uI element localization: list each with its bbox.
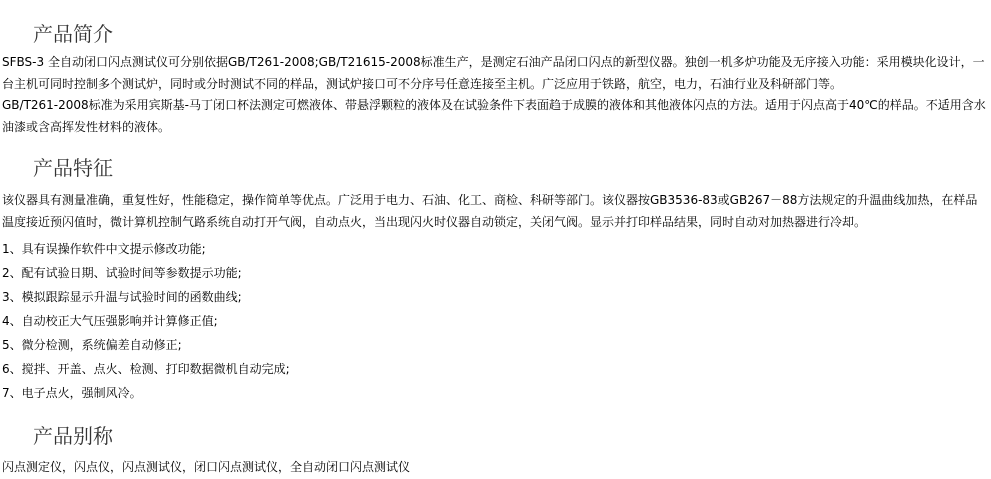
section-title-aliases: 产品别称 (33, 424, 113, 448)
feature-item-2: 2、配有试验日期、试验时间等参数提示功能; (2, 265, 242, 281)
aliases-paragraph: 闪点测定仪，闪点仪，闪点测试仪，闭口闪点测试仪，全自动闭口闪点测试仪 (2, 457, 988, 479)
feature-item-3: 3、模拟跟踪显示升温与试验时间的函数曲线; (2, 289, 242, 305)
features-paragraph: 该仪器具有测量准确，重复性好，性能稳定，操作简单等优点。广泛用于电力、石油、化工… (2, 190, 988, 233)
feature-item-4: 4、自动校正大气压强影响并计算修正值; (2, 313, 218, 329)
section-title-features: 产品特征 (33, 156, 113, 180)
feature-item-1: 1、具有误操作软件中文提示修改功能; (2, 241, 206, 257)
intro-paragraph-2: GB/T261-2008标准为采用宾斯基-马丁闭口杯法测定可燃液体、带悬浮颗粒的… (2, 95, 988, 138)
feature-item-6: 6、搅拌、开盖、点火、检测、打印数据微机自动完成; (2, 361, 290, 377)
intro-paragraph-1: SFBS-3 全自动闭口闪点测试仪可分别依据GB/T261-2008;GB/T2… (2, 52, 988, 95)
section-title-intro: 产品简介 (33, 22, 113, 46)
feature-item-5: 5、微分检测，系统偏差自动修正; (2, 337, 182, 353)
feature-item-7: 7、电子点火，强制风冷。 (2, 385, 142, 401)
